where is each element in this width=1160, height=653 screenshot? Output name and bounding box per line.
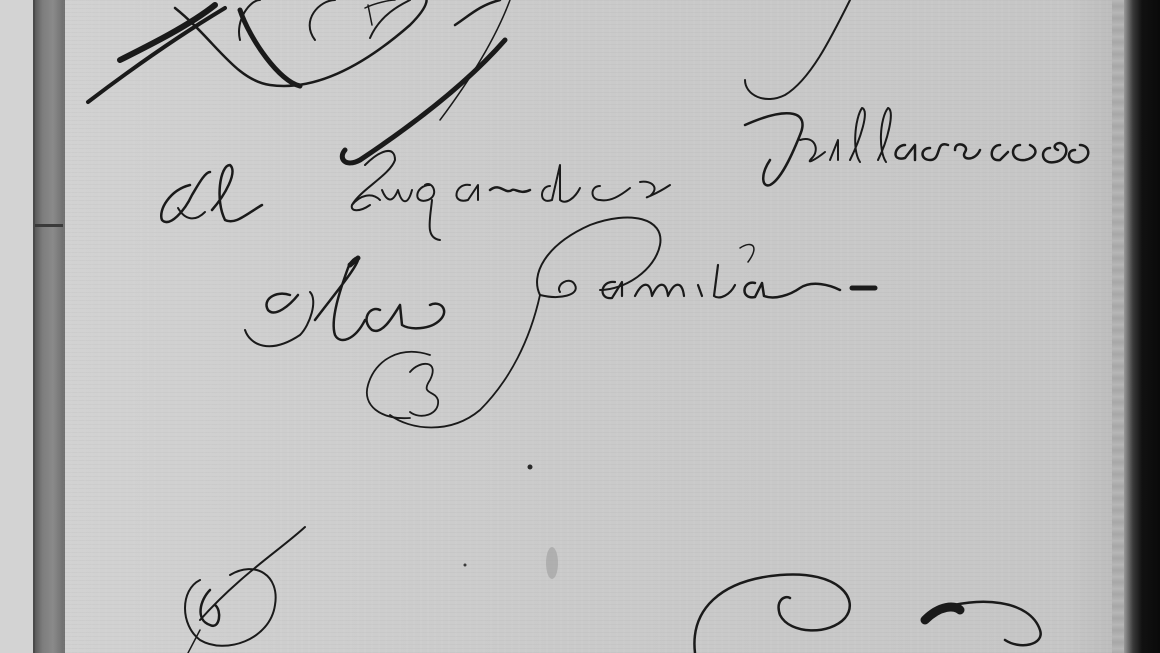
line-2-handwriting xyxy=(245,218,875,428)
bottom-flourish xyxy=(185,527,1041,653)
manuscript-page: del Lugar de Villaseco de la Gamita - xyxy=(0,0,1160,653)
handwriting-ink xyxy=(0,0,1160,653)
line-1-handwriting xyxy=(161,108,1088,240)
top-flourish xyxy=(88,0,850,163)
stray-marks xyxy=(464,465,559,580)
